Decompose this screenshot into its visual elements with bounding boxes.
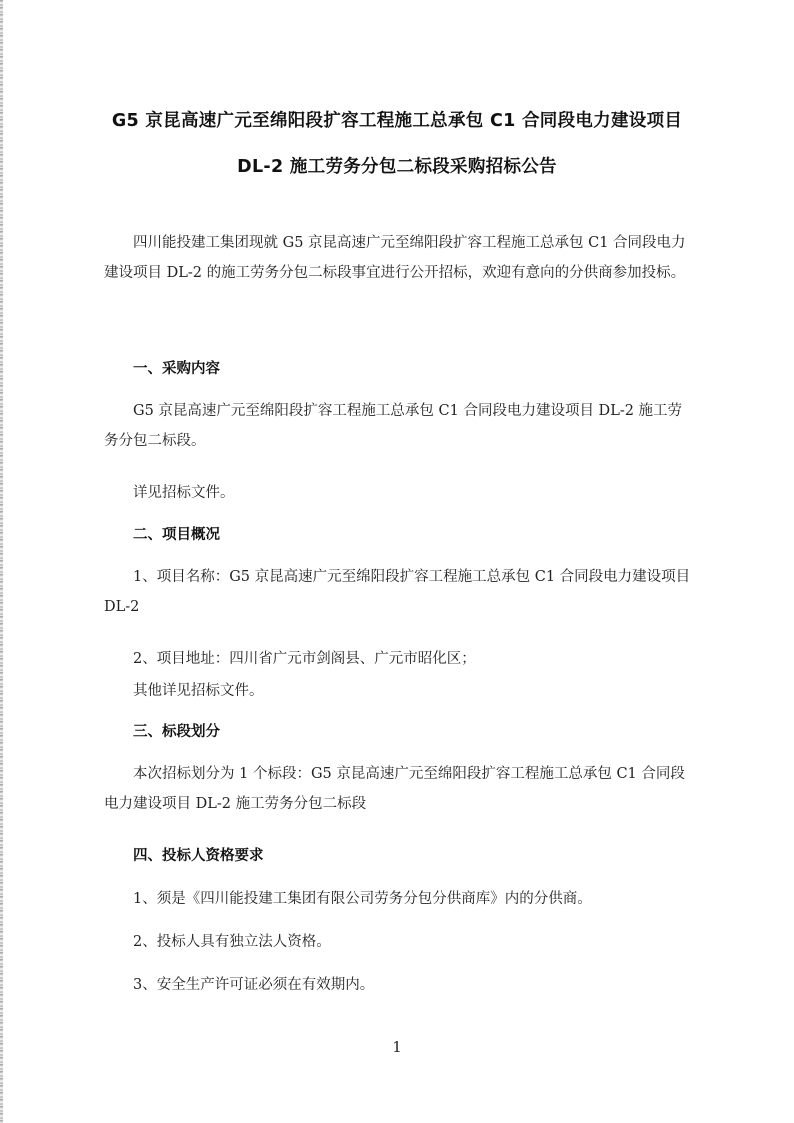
document-title-line-2: DL-2 施工劳务分包二标段采购招标公告 (0, 153, 794, 178)
procurement-see-documents: 详见招标文件。 (133, 478, 235, 508)
intro-paragraph: 四川能投建工集团现就 G5 京昆高速广元至绵阳段扩容工程施工总承包 C1 合同段… (104, 228, 696, 288)
qualification-item-2: 2、投标人具有独立法人资格。 (133, 927, 331, 957)
section-heading-lot-division: 三、标段划分 (133, 717, 220, 747)
lot-division-paragraph: 本次招标划分为 1 个标段：G5 京昆高速广元至绵阳段扩容工程施工总承包 C1 … (104, 759, 696, 819)
qualification-item-3: 3、安全生产许可证必须在有效期内。 (133, 970, 374, 1000)
procurement-content-paragraph: G5 京昆高速广元至绵阳段扩容工程施工总承包 C1 合同段电力建设项目 DL-2… (104, 396, 696, 456)
project-other-details-line: 其他详见招标文件。 (133, 676, 264, 706)
section-heading-project-overview: 二、项目概况 (133, 520, 220, 550)
qualification-item-1: 1、须是《四川能投建工集团有限公司劳务分包分供商库》内的分供商。 (133, 884, 592, 914)
section-heading-bidder-qualifications: 四、投标人资格要求 (133, 841, 264, 871)
section-heading-procurement-content: 一、采购内容 (133, 354, 220, 384)
project-name-paragraph: 1、项目名称：G5 京昆高速广元至绵阳段扩容工程施工总承包 C1 合同段电力建设… (104, 562, 696, 622)
project-address-line: 2、项目地址：四川省广元市剑阁县、广元市昭化区； (133, 644, 476, 674)
document-title-line-1: G5 京昆高速广元至绵阳段扩容工程施工总承包 C1 合同段电力建设项目 (0, 107, 794, 132)
page-number: 1 (0, 1038, 794, 1056)
